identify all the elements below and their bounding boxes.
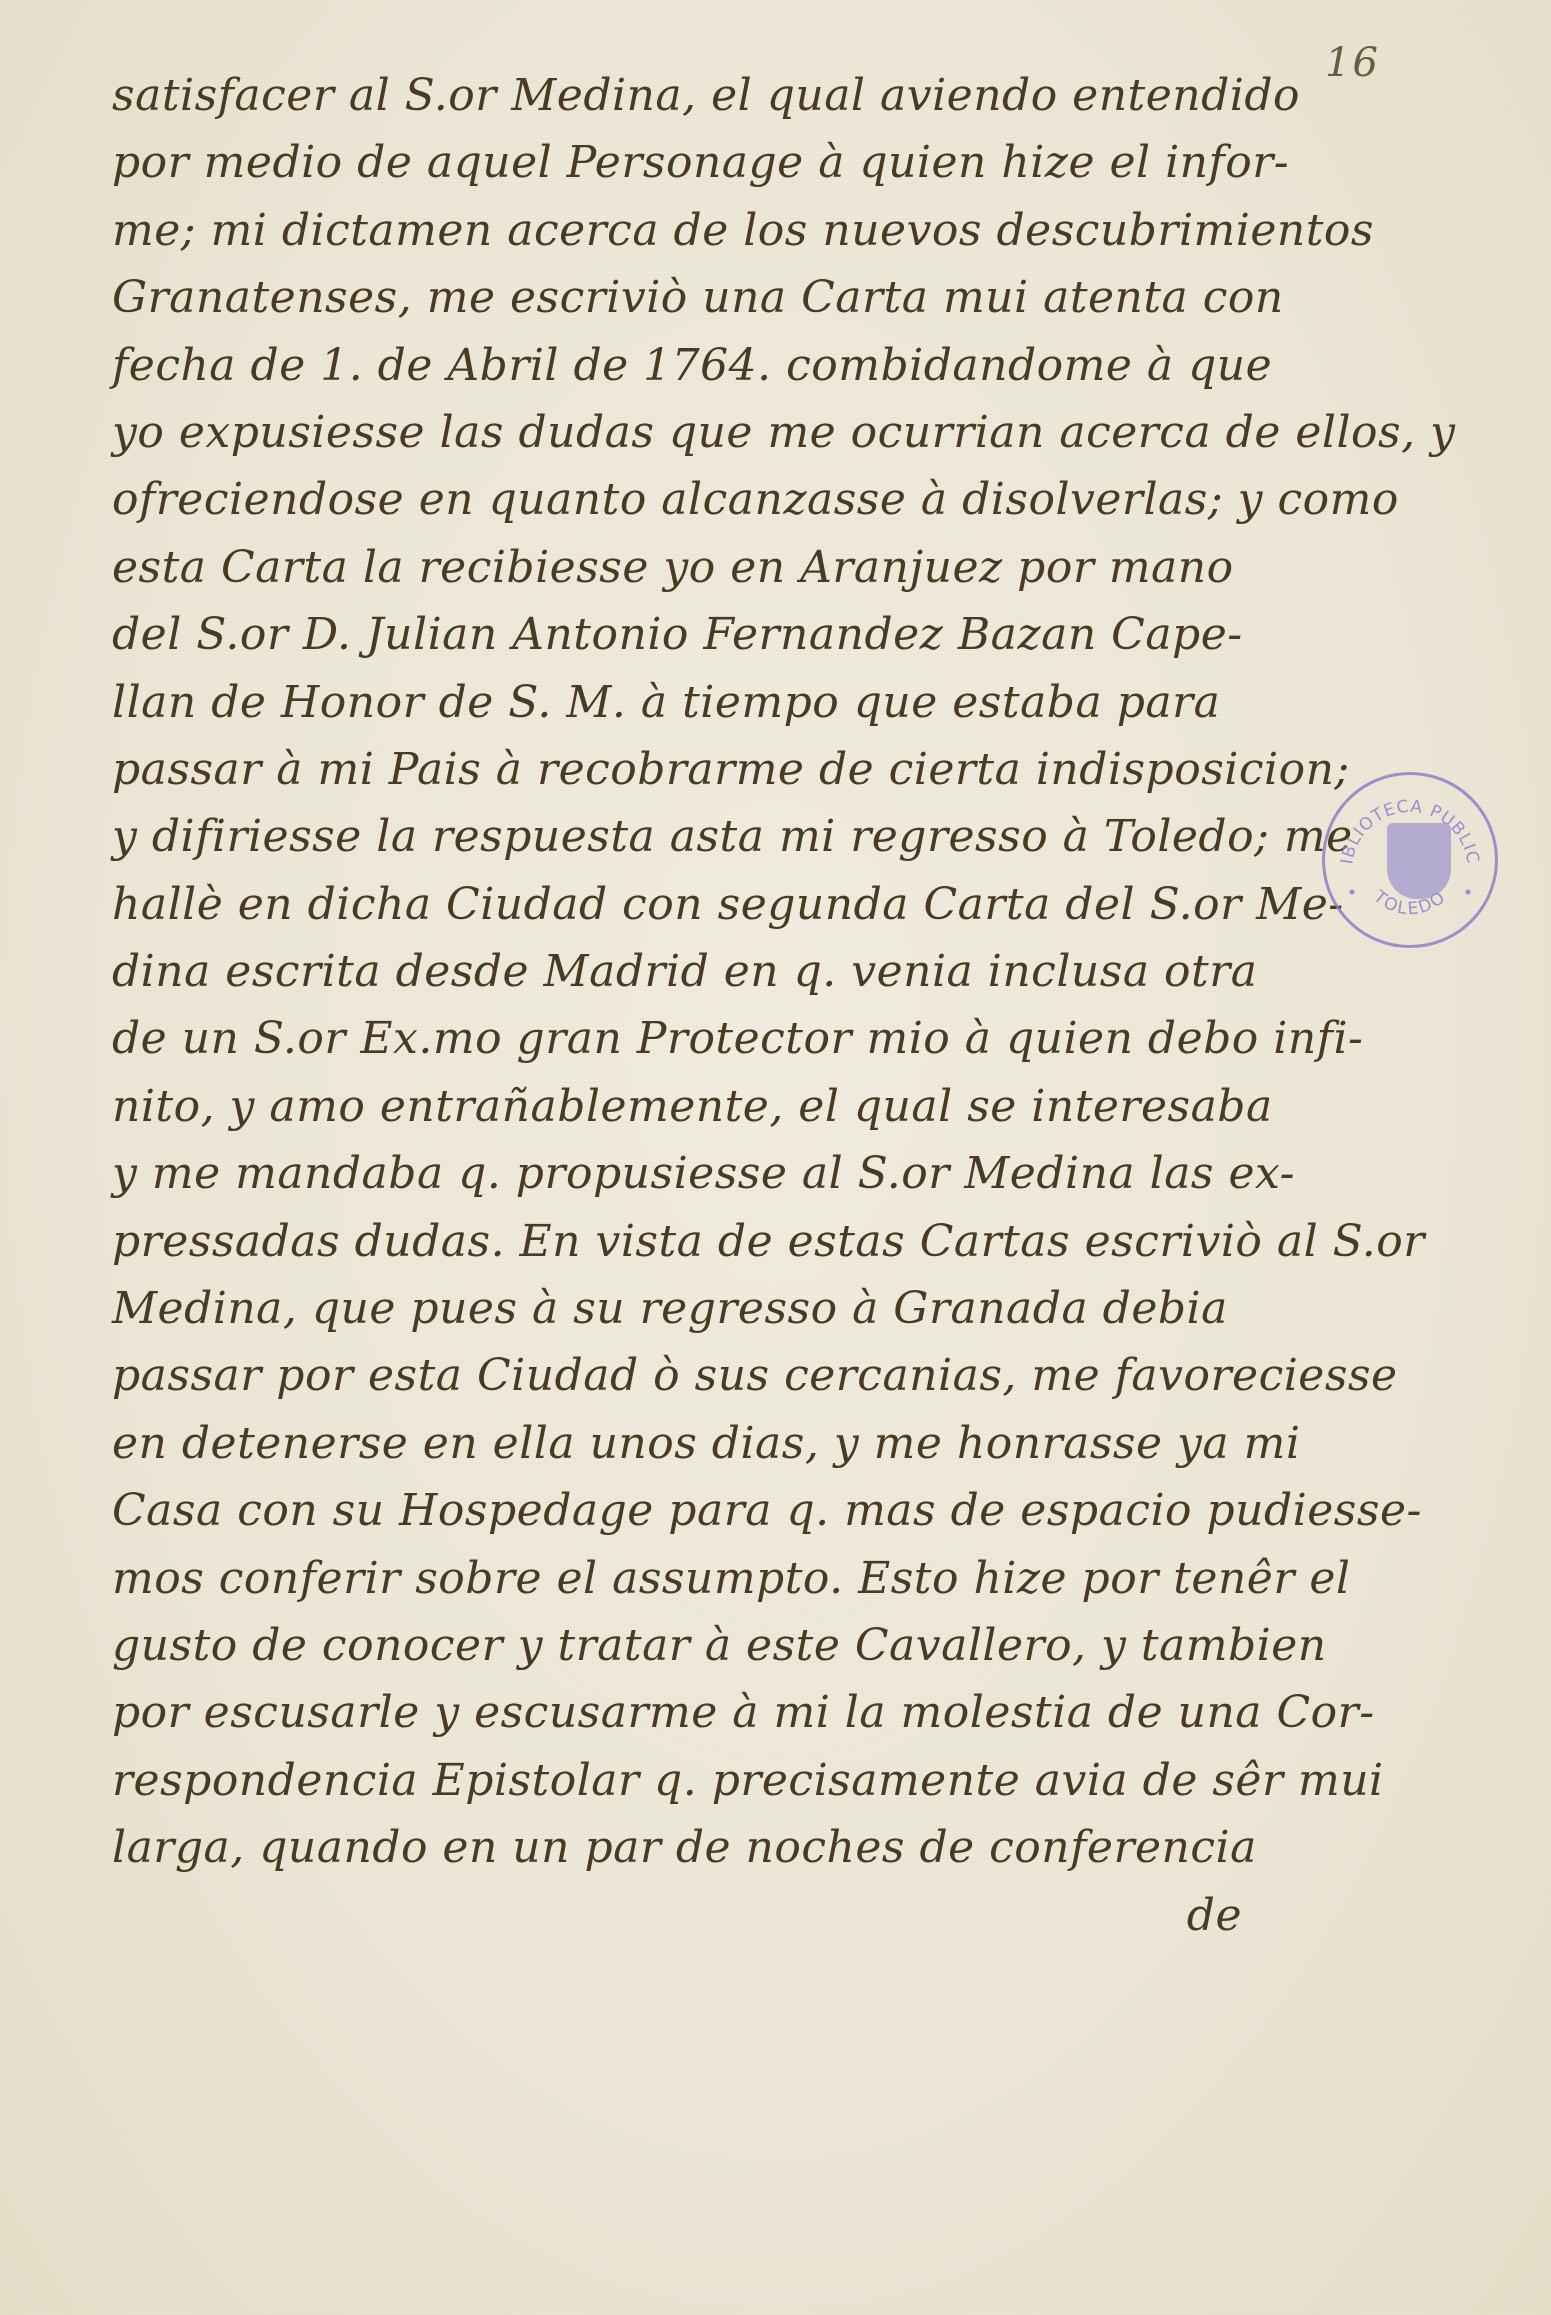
- text-line: por escusarle y escusarme à mi la molest…: [112, 1679, 1262, 1746]
- text-line: nito, y amo entrañablemente, el qual se …: [112, 1073, 1262, 1140]
- text-line: yo expusiesse las dudas que me ocurrian …: [112, 399, 1262, 466]
- text-line: y me mandaba q. propusiesse al S.or Medi…: [112, 1140, 1262, 1207]
- text-line: mos conferir sobre el assumpto. Esto hiz…: [112, 1545, 1262, 1612]
- manuscript-page: 16 satisfacer al S.or Medina, el qual av…: [0, 0, 1551, 2315]
- text-line: ofreciendose en quanto alcanzasse à diso…: [112, 466, 1262, 533]
- text-line: me; mi dictamen acerca de los nuevos des…: [112, 197, 1262, 264]
- text-line: de un S.or Ex.mo gran Protector mio à qu…: [112, 1005, 1262, 1072]
- text-line: Medina, que pues à su regresso à Granada…: [112, 1275, 1262, 1342]
- text-line: Granatenses, me escriviò una Carta mui a…: [112, 264, 1262, 331]
- text-line: esta Carta la recibiesse yo en Aranjuez …: [112, 534, 1262, 601]
- text-line: y difiriesse la respuesta asta mi regres…: [112, 803, 1262, 870]
- text-line: fecha de 1. de Abril de 1764. combidando…: [112, 332, 1262, 399]
- coat-of-arms-icon: [1387, 823, 1451, 899]
- text-line: dina escrita desde Madrid en q. venia in…: [112, 938, 1262, 1005]
- library-stamp: BIBLIOTECA PUBLICA TOLEDO: [1322, 772, 1498, 948]
- page-number: 16: [1325, 40, 1380, 86]
- text-line: llan de Honor de S. M. à tiempo que esta…: [112, 669, 1262, 736]
- text-line: respondencia Epistolar q. precisamente a…: [112, 1747, 1262, 1814]
- catchword: de: [112, 1882, 1262, 1949]
- text-line: por medio de aquel Personage à quien hiz…: [112, 129, 1262, 196]
- text-line: en detenerse en ella unos dias, y me hon…: [112, 1410, 1262, 1477]
- text-line: larga, quando en un par de noches de con…: [112, 1814, 1262, 1881]
- manuscript-text: satisfacer al S.or Medina, el qual avien…: [112, 62, 1262, 1949]
- text-line: passar por esta Ciudad ò sus cercanias, …: [112, 1342, 1262, 1409]
- text-line: pressadas dudas. En vista de estas Carta…: [112, 1208, 1262, 1275]
- text-line: gusto de conocer y tratar à este Cavalle…: [112, 1612, 1262, 1679]
- text-line: Casa con su Hospedage para q. mas de esp…: [112, 1477, 1262, 1544]
- text-line: hallè en dicha Ciudad con segunda Carta …: [112, 871, 1262, 938]
- text-line: del S.or D. Julian Antonio Fernandez Baz…: [112, 601, 1262, 668]
- text-line: passar à mi Pais à recobrarme de cierta …: [112, 736, 1262, 803]
- text-line: satisfacer al S.or Medina, el qual avien…: [112, 62, 1262, 129]
